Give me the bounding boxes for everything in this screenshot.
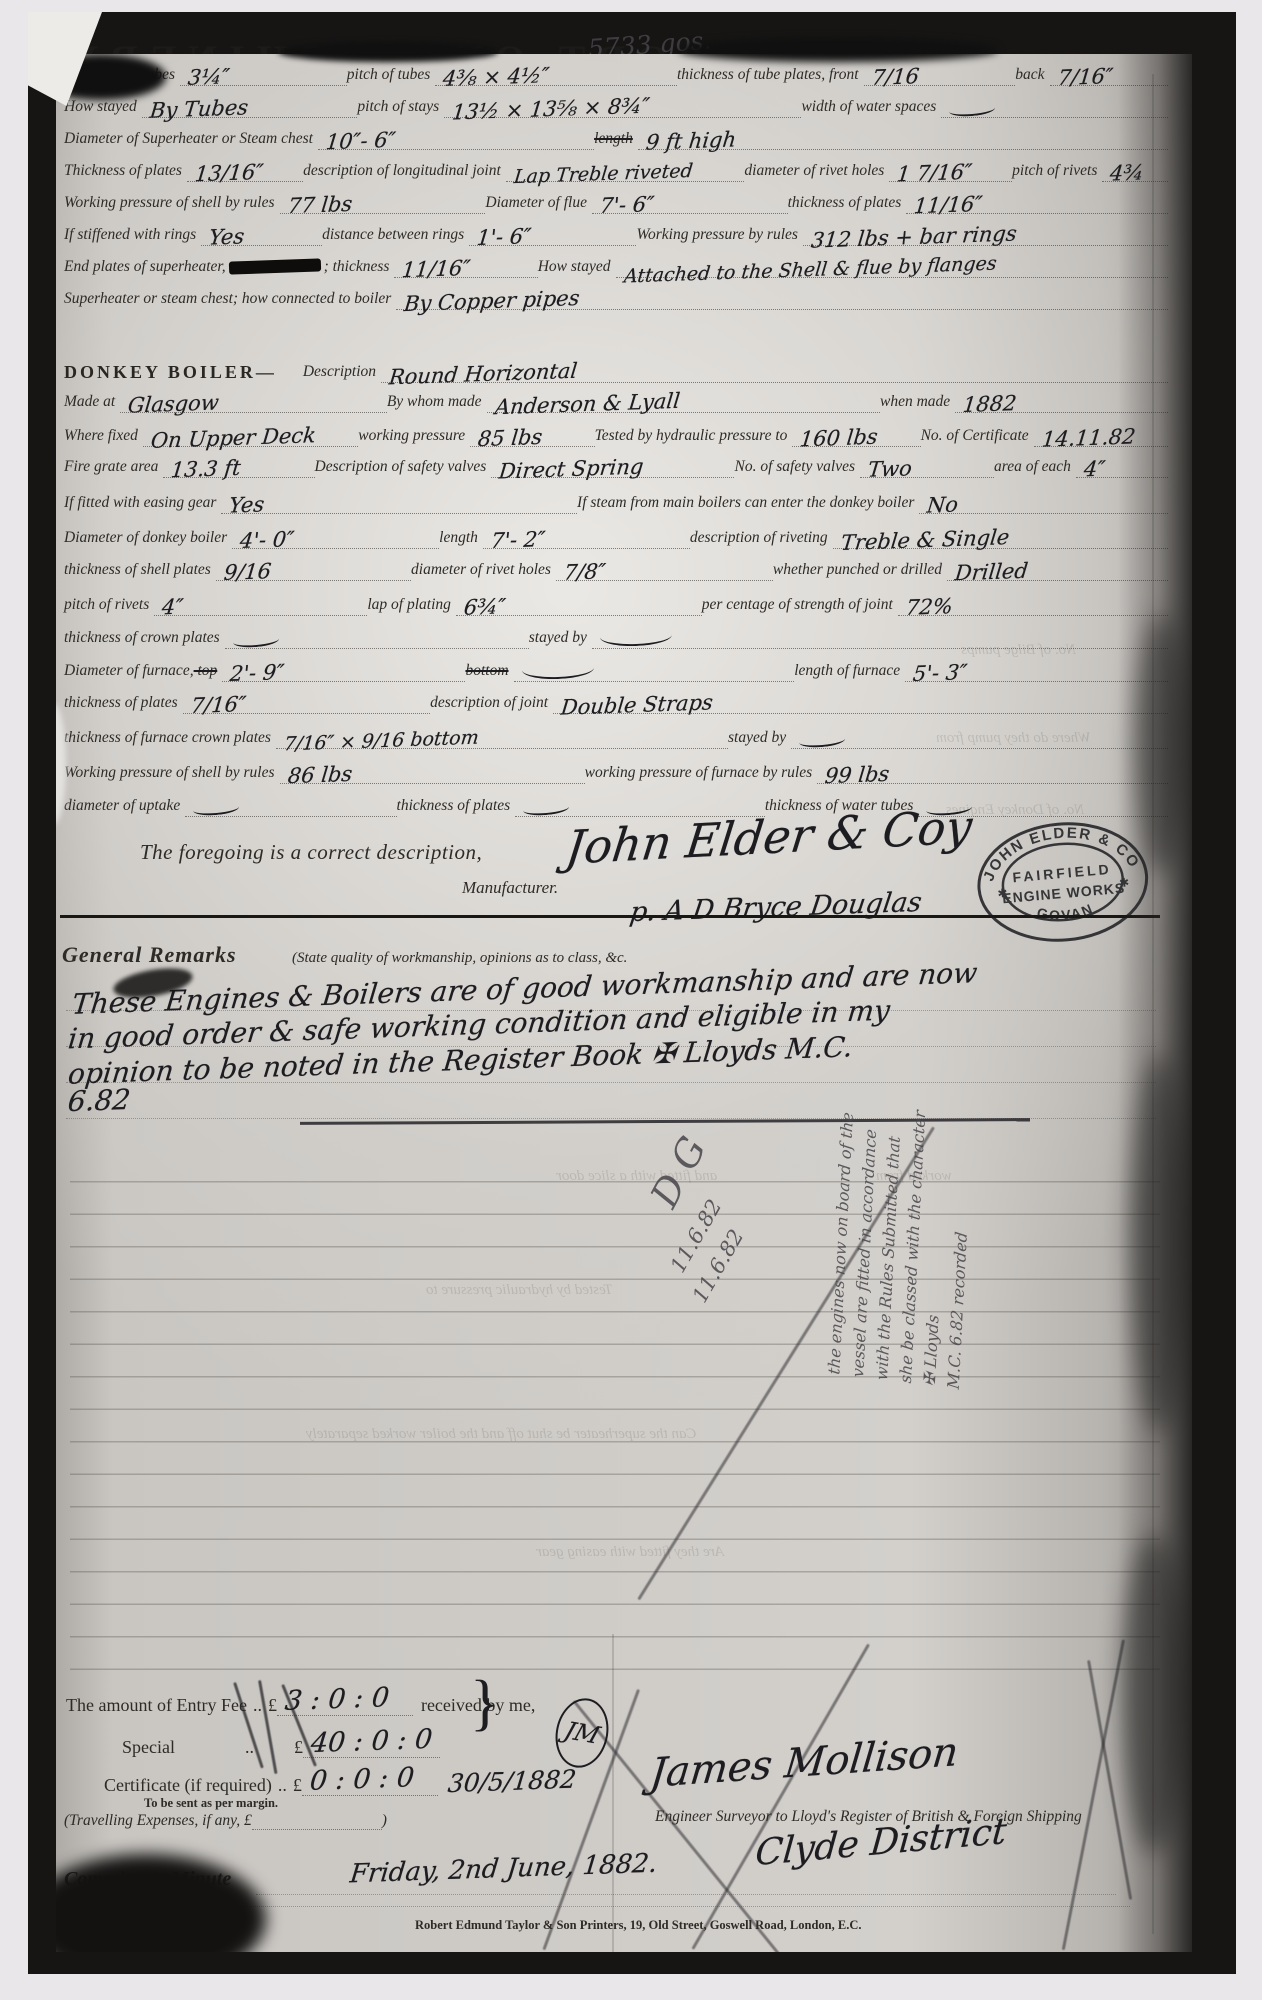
special-fee-label: Special xyxy=(122,1737,175,1758)
blank-ruled-area xyxy=(70,1150,1160,1675)
form-row: thickness of furnace crown plates7/16″ ×… xyxy=(64,714,1168,749)
field-value: 13.3 ft xyxy=(163,453,314,478)
general-remarks-subheading: (State quality of workmanship, opinions … xyxy=(292,950,627,967)
form-field: per centage of strength of joint72% xyxy=(702,591,1168,616)
form-field: Working pressure of shell by rules86 lbs xyxy=(64,759,585,784)
field-value: 85 lbs xyxy=(470,422,594,447)
field-value xyxy=(592,634,1168,649)
field-label: Working pressure by rules xyxy=(636,226,802,246)
form-row: DONKEY BOILER—DescriptionRound Horizonta… xyxy=(64,310,1168,383)
handwritten-entry: Yes xyxy=(208,224,246,249)
field-value: 99 lbs xyxy=(817,759,1168,784)
form-field: distance between rings1'- 6″ xyxy=(322,221,636,246)
field-label: area of each xyxy=(994,458,1076,478)
field-label: thickness of plates xyxy=(64,694,183,714)
handwritten-entry: 160 lbs xyxy=(799,425,879,452)
form-field: thickness of shell plates9/16 xyxy=(64,556,411,581)
field-value xyxy=(225,633,529,649)
form-field: Tested by hydraulic pressure to160 lbs xyxy=(595,422,921,447)
leader-dots: .. xyxy=(272,1775,293,1796)
field-value: Yes xyxy=(221,489,577,514)
form-row: thickness of plates7/16″description of j… xyxy=(64,682,1168,714)
form-field: working pressure of furnace by rules99 l… xyxy=(585,759,1168,784)
handwritten-entry: 4⅜ × 4½″ xyxy=(442,63,551,91)
corner-shadow xyxy=(56,1854,266,1952)
field-label: Diameter of furnace, top xyxy=(64,662,222,682)
form-row: If fitted with easing gearYesIf steam fr… xyxy=(64,478,1168,514)
form-field: If stiffened with ringsYes xyxy=(64,221,322,246)
scanned-report-photo: REPORT ON MACHINERY 5733 gos. No. of Bil… xyxy=(28,12,1236,1974)
dash-flourish xyxy=(521,666,593,681)
form-field: diameter of rivet holes1 7/16″ xyxy=(744,157,1012,182)
field-label: Made at xyxy=(64,393,120,413)
handwritten-entry: 11/16″ xyxy=(913,192,984,218)
handwritten-entry: 7'- 6″ xyxy=(599,192,656,218)
margin-note: To be sent as per margin. xyxy=(144,1796,278,1811)
form-field: Working pressure by rules312 lbs + bar r… xyxy=(636,221,1168,246)
field-value: Double Straps xyxy=(553,689,1168,714)
currency-symbol: £ xyxy=(293,1775,302,1796)
form-field: thickness of plates11/16″ xyxy=(788,189,1168,214)
field-label: Fire grate area xyxy=(64,458,163,478)
certificate-fee-amount: 0 : 0 : 0 xyxy=(308,1762,415,1797)
certificate-fee-row: Certificate (if required) .. £ 0 : 0 : 0… xyxy=(104,1764,576,1796)
handwritten-entry: 7/8″ xyxy=(563,559,607,585)
currency-symbol: £ xyxy=(268,1695,277,1716)
form-row: thickness of crown platesstayed by xyxy=(64,616,1168,649)
field-label: diameter of rivet holes xyxy=(411,561,556,581)
field-label: description of riveting xyxy=(690,529,833,549)
form-field: Made atGlasgow xyxy=(64,388,387,413)
handwritten-entry: 72% xyxy=(905,594,954,620)
form-field: whether punched or drilledDrilled xyxy=(773,556,1168,581)
form-row: thickness of shell plates9/16diameter of… xyxy=(64,549,1168,581)
form-field: description of longitudinal jointLap Tre… xyxy=(303,159,744,182)
field-label: per centage of strength of joint xyxy=(702,596,898,616)
field-label: description of longitudinal joint xyxy=(303,162,506,182)
fee-brace: } xyxy=(470,1668,500,1739)
field-value: 9 ft high xyxy=(638,125,1168,150)
field-label: stayed by xyxy=(529,629,592,649)
report-page: No. of Bilge pumps Where do they pump fr… xyxy=(56,54,1192,1952)
field-value: 7/8″ xyxy=(556,556,773,581)
field-value: 13/16″ xyxy=(187,157,303,182)
handwritten-entry: 7/16 xyxy=(870,64,920,90)
field-label: If steam from main boilers can enter the… xyxy=(577,494,919,514)
field-label: working pressure of furnace by rules xyxy=(585,764,817,784)
handwritten-entry: 5'- 3″ xyxy=(912,660,969,686)
handwritten-entry: 1882 xyxy=(962,391,1018,417)
ruled-line xyxy=(256,1894,1116,1895)
form-row: How stayedBy Tubespitch of stays13½ × 13… xyxy=(64,86,1168,118)
form-field: DescriptionRound Horizontal xyxy=(303,358,1168,383)
field-value: Direct Spring xyxy=(491,453,734,478)
handwritten-entry: Glasgow xyxy=(127,390,220,417)
form-row: Thickness of plates13/16″description of … xyxy=(64,150,1168,182)
form-field: diameter of rivet holes7/8″ xyxy=(411,556,773,581)
field-label: Description xyxy=(303,363,381,383)
field-label: Where fixed xyxy=(64,427,143,447)
form-row: pitch of rivets4″lap of plating6¾″per ce… xyxy=(64,581,1168,616)
form-field: length of furnace5'- 3″ xyxy=(794,657,1168,682)
entry-fee-row: The amount of Entry Fee .. £ 3 : 0 : 0 r… xyxy=(66,1684,535,1716)
handwritten-entry: 1'- 6″ xyxy=(476,224,533,250)
handwritten-entry: 4″ xyxy=(1083,457,1107,482)
surveyor-signature: James Mollison xyxy=(648,1729,961,1797)
field-label: pitch of rivets xyxy=(1012,162,1102,182)
handwritten-entry: 4'- 0″ xyxy=(239,527,296,553)
handwritten-entry: Drilled xyxy=(954,559,1029,586)
form-field: thickness of crown plates xyxy=(64,629,529,649)
field-value: 9/16 xyxy=(216,556,411,581)
field-value: 1'- 6″ xyxy=(469,221,636,246)
travelling-expenses-close: ) xyxy=(382,1812,387,1830)
foregoing-statement: The foregoing is a correct description, xyxy=(140,840,482,865)
field-value: Attached to the Shell & flue by flanges xyxy=(616,255,1169,278)
field-value: 13½ × 13⅝ × 8¾″ xyxy=(444,93,801,118)
handwritten-entry: 6¾″ xyxy=(463,594,507,620)
field-value: 7/16″ × 9/16 bottom xyxy=(276,726,728,749)
section-divider-rule xyxy=(60,915,1160,918)
field-value: 77 lbs xyxy=(280,189,486,214)
field-label: thickness of crown plates xyxy=(64,629,225,649)
form-rows: Diameter of tubes3¼″pitch of tubes4⅜ × 4… xyxy=(64,64,1168,817)
field-label: width of water spaces xyxy=(801,98,941,118)
field-value: 1 7/16″ xyxy=(889,157,1012,182)
form-field: diameter of uptake xyxy=(64,797,397,817)
field-label: End plates of superheater,; thickness xyxy=(64,258,394,278)
form-field: working pressure85 lbs xyxy=(358,422,594,447)
field-value: Glasgow xyxy=(120,388,387,413)
handwritten-entry: 9 ft high xyxy=(645,127,738,154)
field-label: thickness of plates xyxy=(788,194,907,214)
field-label: diameter of uptake xyxy=(64,797,185,817)
travelling-expenses-row: (Travelling Expenses, if any, £ ) xyxy=(64,1812,387,1830)
handwritten-entry: 2'- 9″ xyxy=(229,660,286,686)
handwritten-entry: Yes xyxy=(228,492,266,517)
field-label: bottom xyxy=(465,662,513,682)
handwritten-entry: No xyxy=(926,492,960,517)
form-row: End plates of superheater,; thickness11/… xyxy=(64,246,1168,278)
field-label: pitch of tubes xyxy=(347,66,436,86)
entry-fee-amount: 3 : 0 : 0 xyxy=(283,1682,390,1717)
handwritten-entry: 1 7/16″ xyxy=(896,160,974,187)
check-flourish xyxy=(799,731,846,749)
form-field: description of jointDouble Straps xyxy=(430,689,1168,714)
field-label: Description of safety valves xyxy=(315,458,492,478)
field-value: Round Horizontal xyxy=(381,358,1168,383)
handwritten-entry: 99 lbs xyxy=(824,762,891,788)
handwritten-entry: 3¼″ xyxy=(187,64,231,90)
form-row: Working pressure of shell by rules77 lbs… xyxy=(64,182,1168,214)
currency-symbol: £ xyxy=(294,1737,303,1758)
manufacturer-signature-pp: p. A D Bryce Douglas xyxy=(628,887,924,928)
stamp-star-left: ✱ xyxy=(997,886,1008,901)
general-remarks-heading: General Remarks xyxy=(62,942,237,968)
field-label: Diameter of donkey boiler xyxy=(64,529,232,549)
field-value: 160 lbs xyxy=(792,422,920,447)
field-label: No. of Certificate xyxy=(921,427,1034,447)
field-value: Anderson & Lyall xyxy=(487,388,880,413)
field-label: stayed by xyxy=(728,729,791,749)
check-flourish xyxy=(232,631,279,649)
pencil-marginal-note: the engines now on board of the vessel a… xyxy=(822,953,987,1390)
field-value: On Upper Deck xyxy=(143,422,358,447)
handwritten-entry: 9/16 xyxy=(223,559,273,585)
field-label: Working pressure of shell by rules xyxy=(64,194,280,214)
leader-dots: .. xyxy=(175,1737,294,1758)
field-value: 312 lbs + bar rings xyxy=(803,221,1168,246)
stamp-arc-bottom: GOVAN xyxy=(1034,900,1097,926)
field-value xyxy=(514,667,795,682)
handwritten-entry: Two xyxy=(867,456,913,482)
form-field: pitch of tubes4⅜ × 4½″ xyxy=(347,61,677,86)
check-flourish xyxy=(193,799,240,817)
form-field: length7'- 2″ xyxy=(439,524,690,549)
form-field: pitch of rivets4″ xyxy=(64,591,367,616)
field-value: 7/16″ xyxy=(183,689,430,714)
field-label: Diameter of flue xyxy=(485,194,592,214)
form-field: stayed by xyxy=(529,629,1168,649)
field-value: 2'- 9″ xyxy=(222,657,465,682)
form-row: diameter of uptakethickness of platesthi… xyxy=(64,784,1168,817)
form-field: lap of plating6¾″ xyxy=(367,591,701,616)
handwritten-entry: 10″- 6″ xyxy=(325,128,397,155)
remarks-line: 6.82 xyxy=(66,1083,132,1118)
field-label: pitch of stays xyxy=(357,98,444,118)
field-label: thickness of plates xyxy=(397,797,516,817)
certificate-date: 30/5/1882 xyxy=(436,1765,577,1799)
handwritten-entry: 7'- 2″ xyxy=(490,527,547,553)
form-row: Working pressure of shell by rules86 lbs… xyxy=(64,749,1168,784)
handwritten-entry: 85 lbs xyxy=(477,425,544,451)
ink-redaction xyxy=(228,258,320,274)
travelling-expenses-label: (Travelling Expenses, if any, £ xyxy=(64,1812,252,1830)
field-value: 7'- 6″ xyxy=(592,189,788,214)
handwritten-entry: Direct Spring xyxy=(498,454,645,483)
field-label: By whom made xyxy=(387,393,487,413)
field-value: 6¾″ xyxy=(456,591,702,616)
field-value xyxy=(791,733,1168,749)
field-value: Lap Treble riveted xyxy=(506,159,745,182)
field-label: length xyxy=(439,529,483,549)
entry-fee-label: The amount of Entry Fee xyxy=(66,1695,247,1716)
form-field: pitch of stays13½ × 13⅝ × 8¾″ xyxy=(357,93,801,118)
field-value: By Copper pipes xyxy=(396,285,1168,310)
field-label: diameter of rivet holes xyxy=(744,162,889,182)
right-edge-shading xyxy=(1118,54,1192,1952)
handwritten-entry: 77 lbs xyxy=(286,192,353,218)
check-flourish xyxy=(949,100,996,118)
field-label: thickness of furnace crown plates xyxy=(64,729,276,749)
certificate-fee-label: Certificate (if required) xyxy=(104,1775,272,1796)
handwritten-entry: 7/16″ xyxy=(189,692,247,718)
form-row: Diameter of Superheater or Steam chest10… xyxy=(64,118,1168,150)
form-field: No. of safety valvesTwo xyxy=(734,453,994,478)
handwritten-entry: By Tubes xyxy=(149,95,250,123)
form-row: Where fixedOn Upper Deckworking pressure… xyxy=(64,413,1168,447)
field-value: 4⅜ × 4½″ xyxy=(435,61,677,86)
field-value xyxy=(185,801,396,817)
form-field: Diameter of Superheater or Steam chest10… xyxy=(64,125,594,150)
form-row: Diameter of tubes3¼″pitch of tubes4⅜ × 4… xyxy=(64,64,1168,86)
form-field: Superheater or steam chest; how connecte… xyxy=(64,285,1168,310)
form-field: Where fixedOn Upper Deck xyxy=(64,422,358,447)
frame-tear xyxy=(678,38,998,62)
form-field: stayed by xyxy=(728,729,1168,749)
form-row: Made atGlasgowBy whom madeAnderson & Lya… xyxy=(64,383,1168,413)
form-field: If steam from main boilers can enter the… xyxy=(577,489,1168,514)
field-label: length xyxy=(594,130,638,150)
handwritten-entry: 4″ xyxy=(161,595,185,620)
frame-tear xyxy=(278,42,498,62)
pencil-stroke xyxy=(691,1644,870,1950)
special-fee-amount: 40 : 0 : 0 xyxy=(309,1724,433,1759)
form-row: Diameter of donkey boiler4'- 0″length7'-… xyxy=(64,514,1168,549)
form-field: thickness of tube plates, front7/16 xyxy=(677,61,1015,86)
field-value: 3¼″ xyxy=(180,61,347,86)
field-label: No. of safety valves xyxy=(734,458,860,478)
field-label: description of joint xyxy=(430,694,553,714)
form-field: Description of safety valvesDirect Sprin… xyxy=(315,453,735,478)
field-label: If fitted with easing gear xyxy=(64,494,221,514)
field-value: 86 lbs xyxy=(280,759,585,784)
form-field: End plates of superheater,; thickness11/… xyxy=(64,253,538,278)
field-value: 7/16 xyxy=(864,61,1016,86)
field-value: 4'- 0″ xyxy=(232,524,439,549)
field-label: Superheater or steam chest; how connecte… xyxy=(64,290,396,310)
check-flourish xyxy=(523,799,570,817)
manufacturer-label: Manufacturer. xyxy=(462,878,558,898)
field-label: thickness of shell plates xyxy=(64,561,216,581)
form-field: description of rivetingTreble & Single xyxy=(690,524,1168,549)
surveyor-monogram: JM xyxy=(549,1693,614,1772)
monogram-initials: JM xyxy=(561,1717,603,1750)
handwritten-entry: 11/16″ xyxy=(401,256,472,282)
field-label: whether punched or drilled xyxy=(773,561,947,581)
field-label: length of furnace xyxy=(794,662,905,682)
field-label: working pressure xyxy=(358,427,470,447)
form-field: width of water spaces xyxy=(801,98,1168,118)
handwritten-entry: 7/16″ xyxy=(1056,64,1114,90)
form-row: If stiffened with ringsYesdistance betwe… xyxy=(64,214,1168,246)
form-field: Fire grate area13.3 ft xyxy=(64,453,315,478)
form-field: Working pressure of shell by rules77 lbs xyxy=(64,189,485,214)
fold-crease xyxy=(612,1634,614,1952)
field-label: distance between rings xyxy=(322,226,469,246)
form-field: Thickness of plates13/16″ xyxy=(64,157,303,182)
field-label: thickness of tube plates, front xyxy=(677,66,864,86)
form-row: Superheater or steam chest; how connecte… xyxy=(64,278,1168,310)
field-value: Two xyxy=(860,453,994,478)
field-label: lap of plating xyxy=(367,596,456,616)
dash-flourish xyxy=(600,633,672,648)
section-heading: DONKEY BOILER— xyxy=(64,362,303,383)
field-label: Diameter of Superheater or Steam chest xyxy=(64,130,318,150)
form-row: Fire grate area13.3 ftDescription of saf… xyxy=(64,447,1168,478)
field-label: How stayed xyxy=(538,258,616,278)
field-value: By Tubes xyxy=(142,93,358,118)
handwritten-entry: 13/16″ xyxy=(194,160,265,186)
handwritten-entry: 13.3 ft xyxy=(170,456,242,483)
field-value: Yes xyxy=(201,221,322,246)
form-field: Diameter of flue7'- 6″ xyxy=(485,189,787,214)
form-field: length9 ft high xyxy=(594,125,1168,150)
form-field: thickness of furnace crown plates7/16″ ×… xyxy=(64,726,728,749)
form-field: Diameter of donkey boiler4'- 0″ xyxy=(64,524,439,549)
handwritten-entry: 86 lbs xyxy=(286,762,353,788)
form-field: Diameter of furnace, top2'- 9″ xyxy=(64,657,465,682)
field-value: 4″ xyxy=(154,591,367,616)
field-label: Thickness of plates xyxy=(64,162,187,182)
field-label: when made xyxy=(880,393,955,413)
form-field: thickness of plates7/16″ xyxy=(64,689,430,714)
field-label: Tested by hydraulic pressure to xyxy=(595,427,793,447)
form-field: If fitted with easing gearYes xyxy=(64,489,577,514)
field-value: 11/16″ xyxy=(394,253,537,278)
form-field: bottom xyxy=(465,662,794,682)
field-label: back xyxy=(1015,66,1049,86)
special-fee-row: Special .. £ 40 : 0 : 0 xyxy=(122,1726,440,1758)
printer-imprint: Robert Edmund Taylor & Son Printers, 19,… xyxy=(415,1918,861,1933)
field-value: 7'- 2″ xyxy=(483,524,690,549)
svg-text:GOVAN: GOVAN xyxy=(1034,900,1097,926)
field-label: If stiffened with rings xyxy=(64,226,201,246)
field-label: How stayed xyxy=(64,98,142,118)
form-row: Diameter of furnace, top2'- 9″bottomleng… xyxy=(64,649,1168,682)
field-label: pitch of rivets xyxy=(64,596,154,616)
form-field: How stayedAttached to the Shell & flue b… xyxy=(538,255,1168,278)
form-field: By whom madeAnderson & Lyall xyxy=(387,388,880,413)
field-label: Working pressure of shell by rules xyxy=(64,764,280,784)
field-value: 10″- 6″ xyxy=(318,125,594,150)
